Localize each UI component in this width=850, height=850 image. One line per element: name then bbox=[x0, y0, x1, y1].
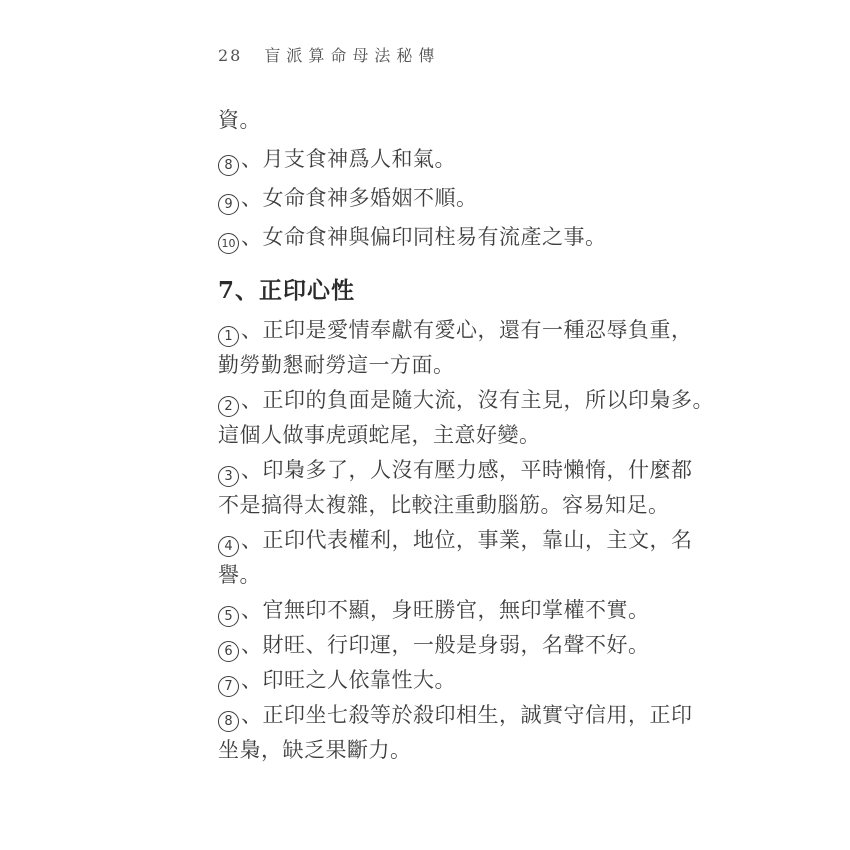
line-text: 、印梟多了，人沒有壓力感，平時懶惰，什麼都 bbox=[241, 458, 693, 482]
line-text: 資。 bbox=[218, 108, 261, 132]
text-line: 這個人做事虎頭蛇尾，主意好變。 bbox=[218, 418, 648, 453]
section-heading: 7、正印心性 bbox=[218, 275, 648, 307]
text-line: 譽。 bbox=[218, 558, 648, 593]
text-line: 2、正印的負面是隨大流，沒有主見，所以印梟多。 bbox=[218, 383, 648, 418]
text-line: 8、正印坐七殺等於殺印相生，誠實守信用，正印 bbox=[218, 698, 648, 733]
line-text: 、官無印不顯，身旺勝官，無印掌權不實。 bbox=[241, 598, 650, 622]
line-text: 、月支食神爲人和氣。 bbox=[241, 147, 456, 171]
book-title: 盲派算命母法秘傳 bbox=[264, 46, 440, 66]
line-text: 勤勞勤懇耐勞這一方面。 bbox=[218, 353, 455, 377]
text-line: 坐梟，缺乏果斷力。 bbox=[218, 733, 648, 768]
text-line: 6、財旺、行印運，一般是身弱，名聲不好。 bbox=[218, 628, 648, 663]
circled-number: 4 bbox=[218, 536, 239, 557]
text-line: 勤勞勤懇耐勞這一方面。 bbox=[218, 348, 648, 383]
running-header: 28盲派算命母法秘傳 bbox=[218, 46, 440, 66]
line-text: 這個人做事虎頭蛇尾，主意好變。 bbox=[218, 423, 541, 447]
circled-number: 10 bbox=[218, 233, 239, 254]
text-line: 9、女命食神多婚姻不順。 bbox=[218, 179, 648, 218]
text-line: 4、正印代表權利，地位，事業，靠山，主文，名 bbox=[218, 523, 648, 558]
circled-number: 8 bbox=[218, 155, 239, 176]
circled-number: 1 bbox=[218, 326, 239, 347]
circled-number: 5 bbox=[218, 606, 239, 627]
line-text: 、財旺、行印運，一般是身弱，名聲不好。 bbox=[241, 633, 650, 657]
line-text: 、女命食神多婚姻不順。 bbox=[241, 186, 478, 210]
circled-number: 3 bbox=[218, 466, 239, 487]
line-text: 不是搞得太複雜，比較注重動腦筋。容易知足。 bbox=[218, 493, 670, 517]
text-line: 不是搞得太複雜，比較注重動腦筋。容易知足。 bbox=[218, 488, 648, 523]
text-line: 5、官無印不顯，身旺勝官，無印掌權不實。 bbox=[218, 593, 648, 628]
line-text: 、正印坐七殺等於殺印相生，誠實守信用，正印 bbox=[241, 703, 693, 727]
text-line: 7、印旺之人依靠性大。 bbox=[218, 663, 648, 698]
body-text-column: 資。8、月支食神爲人和氣。9、女命食神多婚姻不順。10、女命食神與偏印同柱易有流… bbox=[218, 101, 648, 768]
line-text: 、正印的負面是隨大流，沒有主見，所以印梟多。 bbox=[241, 388, 714, 412]
line-text: 、正印是愛情奉獻有愛心，還有一種忍辱負重， bbox=[241, 318, 693, 342]
circled-number: 9 bbox=[218, 194, 239, 215]
circled-number: 6 bbox=[218, 641, 239, 662]
line-text: 、女命食神與偏印同柱易有流產之事。 bbox=[241, 225, 607, 249]
line-text: 坐梟，缺乏果斷力。 bbox=[218, 738, 412, 762]
line-text: 譽。 bbox=[218, 563, 261, 587]
paragraph-group-top: 資。8、月支食神爲人和氣。9、女命食神多婚姻不順。10、女命食神與偏印同柱易有流… bbox=[218, 101, 648, 257]
text-line: 1、正印是愛情奉獻有愛心，還有一種忍辱負重， bbox=[218, 313, 648, 348]
circled-number: 2 bbox=[218, 396, 239, 417]
circled-number: 7 bbox=[218, 676, 239, 697]
text-line: 8、月支食神爲人和氣。 bbox=[218, 140, 648, 179]
line-text: 、正印代表權利，地位，事業，靠山，主文，名 bbox=[241, 528, 693, 552]
text-line: 資。 bbox=[218, 101, 648, 140]
text-line: 10、女命食神與偏印同柱易有流產之事。 bbox=[218, 218, 648, 257]
paragraph-group-bottom: 1、正印是愛情奉獻有愛心，還有一種忍辱負重，勤勞勤懇耐勞這一方面。2、正印的負面… bbox=[218, 313, 648, 768]
scanned-book-page: 28盲派算命母法秘傳 資。8、月支食神爲人和氣。9、女命食神多婚姻不順。10、女… bbox=[0, 0, 850, 850]
text-line: 3、印梟多了，人沒有壓力感，平時懶惰，什麼都 bbox=[218, 453, 648, 488]
line-text: 、印旺之人依靠性大。 bbox=[241, 668, 456, 692]
circled-number: 8 bbox=[218, 711, 239, 732]
page-number: 28 bbox=[218, 46, 242, 66]
